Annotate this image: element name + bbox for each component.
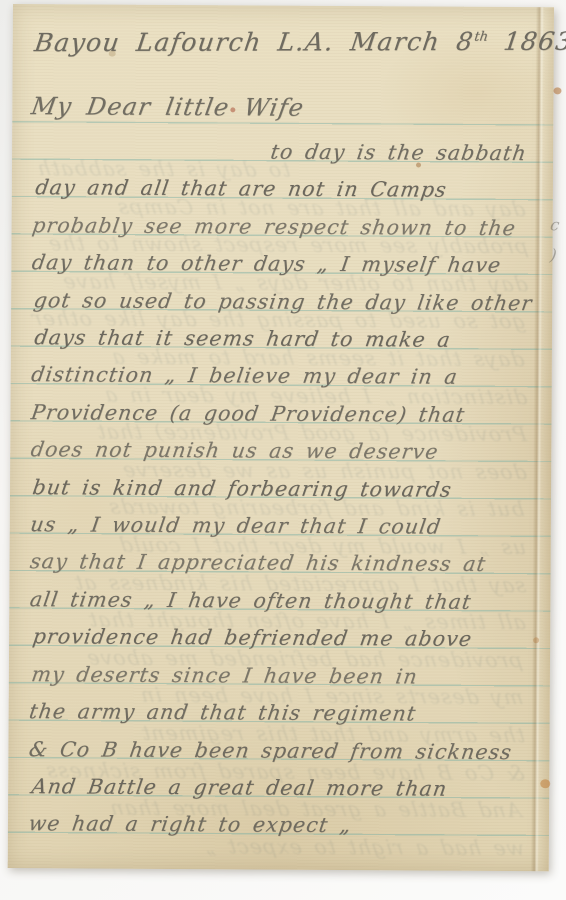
letter-page: to day is the sabbathday and all that ar… xyxy=(8,4,554,871)
handwritten-line: Providence (a good Providence) that xyxy=(28,394,542,434)
handwritten-line: us „ I would my dear that I could xyxy=(28,506,542,546)
handwritten-line: providence had befriended me above xyxy=(30,618,541,658)
edge-stray-mark: c xyxy=(547,215,560,245)
foxing-spot xyxy=(553,87,561,94)
handwritten-line: all times „ I have often thought that xyxy=(27,581,541,621)
dateline-year: 1863 xyxy=(502,27,566,56)
handwritten-line: probably see more respect shown to the xyxy=(30,207,544,247)
handwritten-line: day and all that are not in Camps xyxy=(33,170,544,210)
handwritten-line: And Battle a great deal more than xyxy=(29,768,540,808)
handwritten-line: days that it seems hard to make a xyxy=(32,319,543,359)
handwritten-line: day than to other days „ I myself have xyxy=(29,244,543,284)
handwritten-line: does not punish us as we deserve xyxy=(28,431,542,471)
handwritten-line: to day is the sabbath xyxy=(268,134,544,173)
handwritten-line: but is kind and forbearing towards xyxy=(30,469,542,509)
edge-stray-marks: c) xyxy=(549,215,558,275)
handwritten-line: my deserts since I have been in xyxy=(29,656,541,696)
dateline-ordinal: th xyxy=(473,30,489,45)
handwritten-line: say that I appreciated his kindness at xyxy=(27,544,541,584)
edge-stray-mark: ) xyxy=(547,245,560,275)
handwritten-line: we had a right to expect „ xyxy=(26,805,540,845)
dateline-place: Bayou Lafourch L.A. xyxy=(33,27,337,57)
salutation: My Dear little Wife xyxy=(29,92,306,122)
handwritten-line: the army and that this regiment xyxy=(27,693,541,733)
scan-background: to day is the sabbathday and all that ar… xyxy=(0,0,566,900)
handwritten-line: distinction „ I believe my dear in a xyxy=(29,357,543,397)
dateline: Bayou Lafourch L.A. March 8th 1863 xyxy=(33,27,550,57)
handwritten-line: got so used to passing the day like othe… xyxy=(31,282,543,322)
handwritten-line: & Co B have been spared from sickness xyxy=(26,731,540,771)
dateline-date: March 8 xyxy=(349,27,476,56)
letter-body: to day is the sabbathday and all that ar… xyxy=(26,132,539,846)
